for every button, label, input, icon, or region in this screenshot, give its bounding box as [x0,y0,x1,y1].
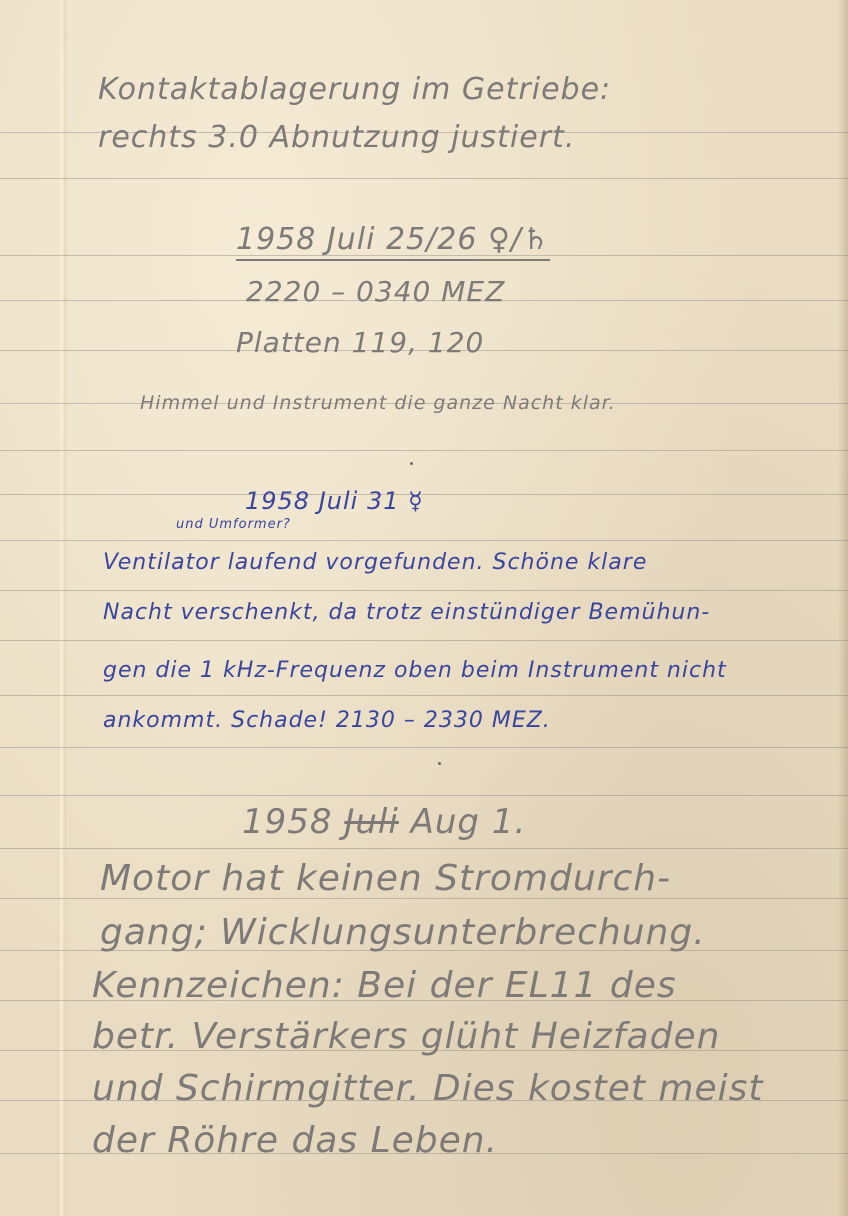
ruled-line [0,178,848,179]
notebook-page: Kontaktablagerung im Getriebe: rechts 3.… [0,0,848,1216]
entry-0-line-2: rechts 3.0 Abnutzung justiert. [98,120,575,155]
entry-3-line-2: gang; Wicklungsunterbrechung. [100,912,706,953]
ruled-line [0,450,848,451]
entry-1-time: 2220 – 0340 MEZ [246,275,505,308]
entry-2-annotation: und Umformer? [176,517,291,532]
entry-2-line-4: ankommt. Schade! 2130 – 2330 MEZ. [103,708,551,733]
margin-line [60,0,63,1216]
entry-2-line-1: Ventilator laufend vorgefunden. Schöne k… [103,550,647,575]
entry-0-line-1: Kontaktablagerung im Getriebe: [98,72,611,107]
entry-2-line-3: gen die 1 kHz-Frequenz oben beim Instrum… [103,658,727,683]
entry-3-line-3: Kennzeichen: Bei der EL11 des [92,965,677,1006]
entry-1-plates: Platten 119, 120 [236,326,484,359]
ruled-line [0,494,848,495]
ruled-line [0,795,848,796]
entry-1-heading: 1958 Juli 25/26 ♀/♄ [236,222,550,261]
ruled-line [0,848,848,849]
entry-3-heading-struck-month: Juli [344,802,398,842]
ruled-line [0,695,848,696]
ruled-line [0,747,848,748]
entry-3-line-6: der Röhre das Leben. [92,1120,498,1161]
entry-3-heading-year: 1958 [242,802,333,842]
separator-dot [410,462,413,465]
separator-dot [438,762,441,765]
entry-3-heading-date: Aug 1. [411,802,527,842]
entry-3-line-1: Motor hat keinen Stromdurch- [100,858,671,899]
entry-3-line-5: und Schirmgitter. Dies kostet meist [92,1068,764,1109]
ruled-line [0,590,848,591]
entry-3-heading: 1958 Juli Aug 1. [242,802,526,842]
entry-2-line-2: Nacht verschenkt, da trotz einstündiger … [103,600,710,625]
entry-2-heading: 1958 Juli 31 ☿ [245,487,424,515]
ruled-line [0,640,848,641]
entry-1-note: Himmel und Instrument die ganze Nacht kl… [140,392,616,414]
ruled-line [0,540,848,541]
entry-3-line-4: betr. Verstärkers glüht Heizfaden [92,1016,720,1057]
page-edge-shadow [838,0,848,1216]
